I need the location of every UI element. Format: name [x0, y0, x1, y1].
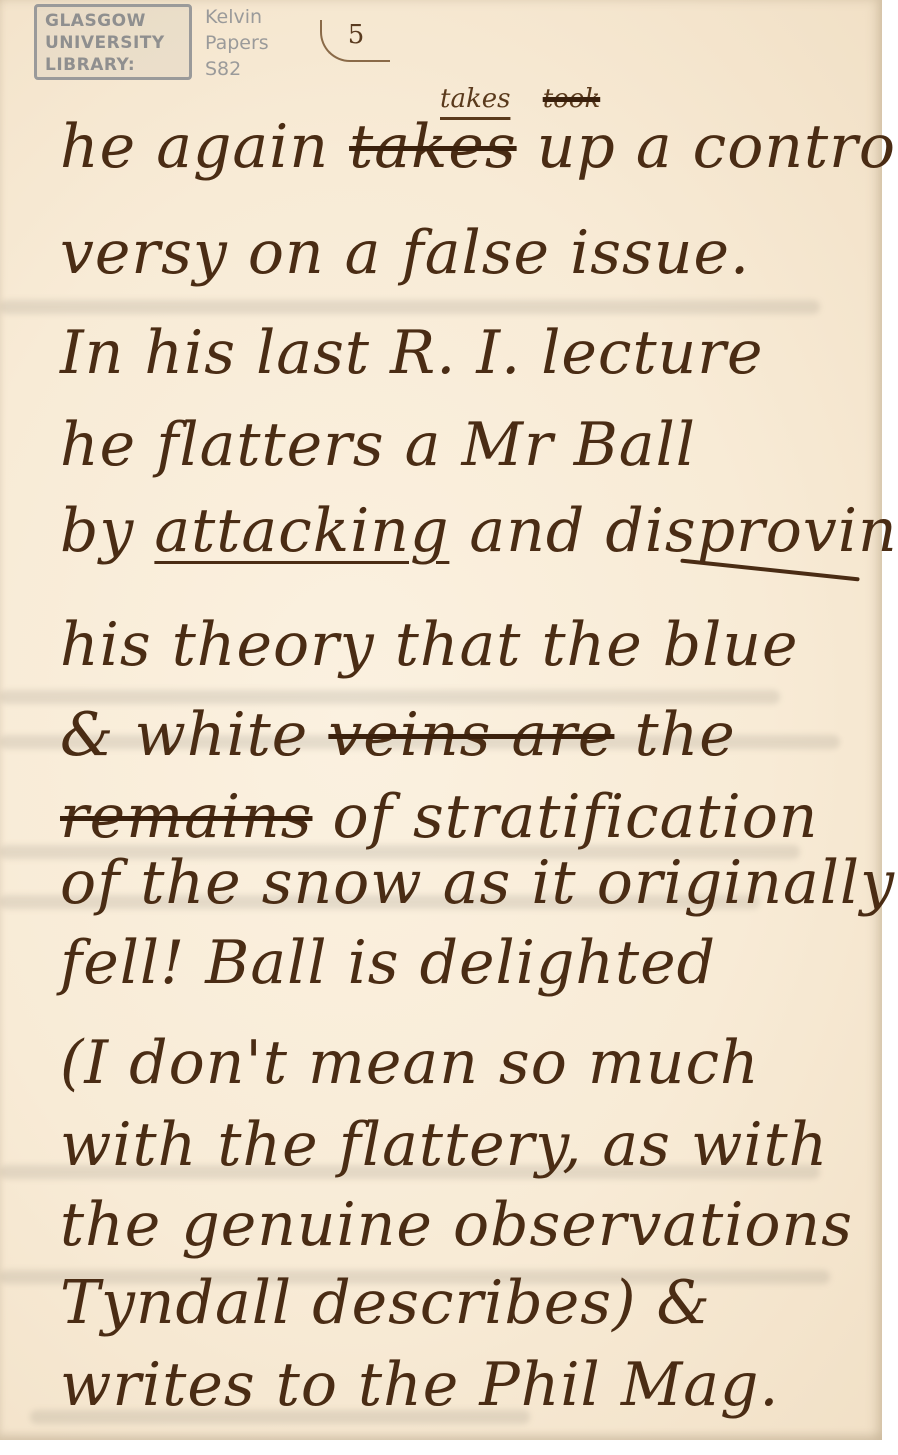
manuscript-line: by attacking and disproving: [60, 496, 898, 566]
bleed-through-stroke: [0, 300, 820, 314]
catalogue-collection: Kelvin: [205, 4, 269, 30]
interlinear-insertion: takes took: [440, 84, 600, 114]
line-text: by: [60, 496, 154, 566]
catalogue-number: S82: [205, 56, 269, 82]
manuscript-line: of the snow as it originally: [60, 848, 895, 918]
manuscript-line: Tyndall describes) &: [60, 1268, 711, 1338]
manuscript-line: writes to the Phil Mag.: [60, 1350, 780, 1420]
manuscript-line: remains of stratification: [60, 782, 818, 852]
manuscript-line: his theory that the blue: [60, 610, 799, 680]
catalogue-series: Papers: [205, 30, 269, 56]
line-text: he again: [60, 112, 349, 182]
stamp-line: GLASGOW: [45, 10, 181, 32]
manuscript-line: he again takes up a contro: [60, 112, 896, 182]
manuscript-page: GLASGOW UNIVERSITY LIBRARY: Kelvin Paper…: [0, 0, 882, 1440]
manuscript-line: & white veins are the: [60, 700, 736, 770]
inserted-word: takes: [440, 84, 510, 114]
catalogue-note: Kelvin Papers S82: [205, 4, 269, 82]
underlined-word: attacking: [154, 496, 449, 566]
struck-insertion: took: [543, 84, 601, 114]
struck-word: remains: [60, 782, 312, 852]
library-stamp: GLASGOW UNIVERSITY LIBRARY:: [34, 4, 192, 80]
stamp-line: LIBRARY:: [45, 54, 181, 76]
struck-word: takes: [349, 112, 517, 182]
folio-number: 5: [320, 20, 390, 62]
manuscript-line: with the flattery, as with: [60, 1110, 828, 1180]
line-text: up a contro: [517, 112, 896, 182]
stamp-line: UNIVERSITY: [45, 32, 181, 54]
struck-word: veins are: [328, 700, 614, 770]
line-text: & white: [60, 700, 328, 770]
line-text: of stratification: [312, 782, 818, 852]
manuscript-line: versy on a false issue.: [60, 218, 750, 288]
manuscript-line: fell! Ball is delighted: [60, 928, 716, 998]
manuscript-line: (I don't mean so much: [60, 1028, 760, 1098]
manuscript-line: In his last R. I. lecture: [60, 318, 763, 388]
line-text: the: [614, 700, 735, 770]
manuscript-line: the genuine observations: [60, 1190, 853, 1260]
manuscript-line: he flatters a Mr Ball: [60, 410, 696, 480]
line-text: and disproving: [449, 496, 898, 566]
